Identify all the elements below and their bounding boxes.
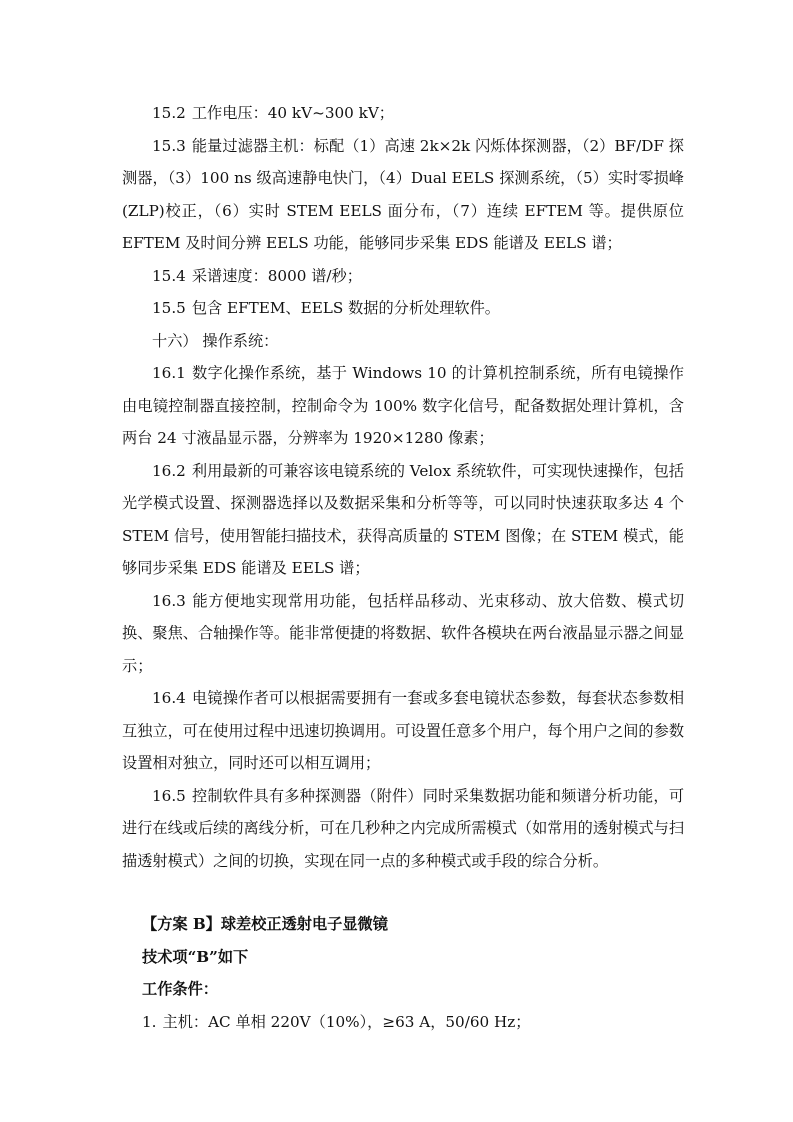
section-16-heading: 十六） 操作系统：	[122, 325, 684, 358]
item-16-5: 16.5控制软件具有多种探测器（附件）同时采集数据功能和频谱分析功能，可进行在线…	[122, 780, 684, 878]
plan-b-title: 【方案 B】球差校正透射电子显微镜	[142, 908, 684, 941]
item-16-2: 16.2利用最新的可兼容该电镜系统的 Velox 系统软件，可实现快速操作，包括…	[122, 455, 684, 585]
item-15-3: 15.3能量过滤器主机：标配（1）高速 2k×2k 闪烁体探测器，（2）BF/D…	[122, 130, 684, 260]
item-16-4: 16.4电镜操作者可以根据需要拥有一套或多套电镜状态参数，每套状态参数相互独立，…	[122, 682, 684, 780]
item-15-4: 15.4采谱速度：8000 谱/秒；	[122, 260, 684, 293]
item-15-5: 15.5包含 EFTEM、EELS 数据的分析处理软件。	[122, 292, 684, 325]
document-page: 15.2工作电压：40 kV~300 kV； 15.3能量过滤器主机：标配（1）…	[122, 97, 684, 1038]
condition-item-1: 1.主机：AC 单相 220V（10%），≥63 A，50/60 Hz；	[142, 1006, 684, 1039]
item-16-3: 16.3能方便地实现常用功能，包括样品移动、光束移动、放大倍数、模式切换、聚焦、…	[122, 585, 684, 683]
plan-b-subtitle: 技术项“B”如下	[142, 941, 684, 974]
conditions-heading: 工作条件：	[142, 973, 684, 1006]
item-16-1: 16.1数字化操作系统，基于 Windows 10 的计算机控制系统，所有电镜操…	[122, 357, 684, 455]
item-15-2: 15.2工作电压：40 kV~300 kV；	[122, 97, 684, 130]
spacer	[122, 877, 684, 908]
